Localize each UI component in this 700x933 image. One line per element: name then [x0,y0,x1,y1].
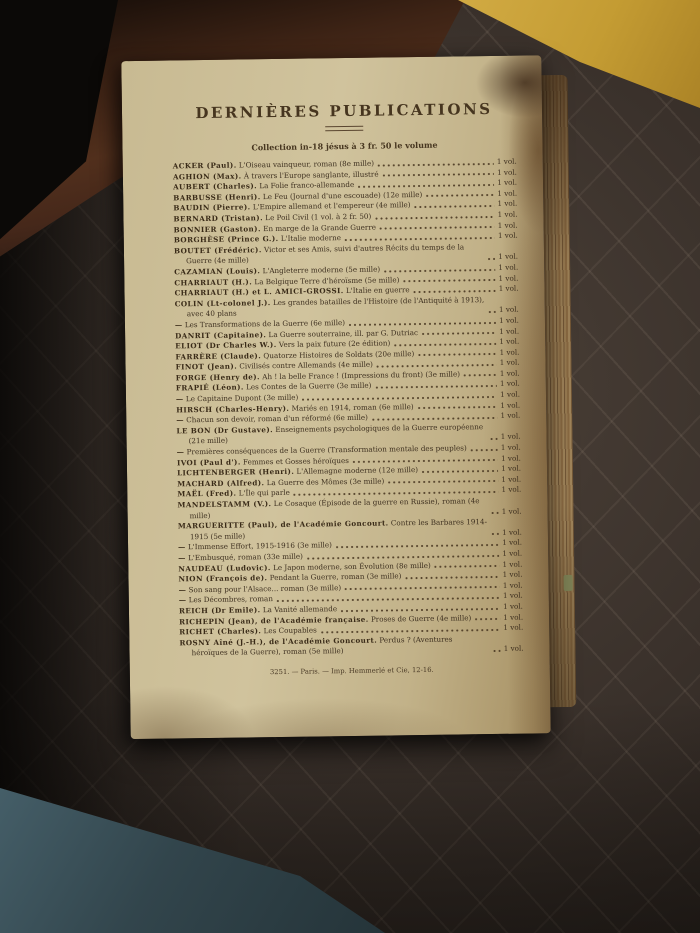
entry-author: BAUDIN (Pierre). [173,203,250,213]
entry-author: FORGE (Henry de). [176,372,260,382]
entry-volume: 1 vol. [501,443,521,454]
entry-title: Les Coupables [264,626,317,636]
entry-title: La Belgique Terre d'héroïsme (5e mille) [254,275,399,286]
entry-text: BOUTET (Frédéric). Victor et ses Amis, s… [174,242,484,268]
entry-volume: 1 vol. [499,337,519,348]
entry-author: ELIOT (Dr Charles W.). [175,340,276,350]
dot-leader [413,289,496,294]
entry-volume: 1 vol. [503,591,523,602]
entry-author: ACKER (Paul). [173,161,237,171]
publications-title: DERNIÈRES PUBLICATIONS [172,100,516,123]
entry-author: BARBUSSE (Henri). [173,192,261,202]
cover-paper: DERNIÈRES PUBLICATIONS Collection in-18 … [121,55,550,739]
dot-leader [488,310,496,314]
entry-author: — [178,553,186,562]
entry-title: Mariés en 1914, roman (6e mille) [292,402,414,413]
green-tab [564,575,573,591]
entry-volume: 1 vol. [500,411,520,422]
entry-author: BERNARD (Tristan). [173,213,263,223]
entry-title: L'Oiseau vainqueur, roman (8e mille) [239,159,374,170]
dot-leader [387,479,498,485]
entry-volume: 1 vol. [501,432,521,443]
entry-author: DANRIT (Capitaine). [175,330,266,340]
dot-leader [421,331,496,336]
imprint-footer: 3251. — Paris. — Imp. Hemmerlé et Cie, 1… [180,664,524,677]
entry-title: La Guerre des Mômes (3e mille) [267,476,385,487]
photo-of-book: DERNIÈRES PUBLICATIONS Collection in-18 … [0,0,700,933]
dot-leader [434,564,500,569]
entry-author: REICH (Dr Emile). [179,605,261,615]
dot-leader [417,405,498,410]
entry-volume: 1 vol. [497,157,517,168]
entry-volume: 1 vol. [499,347,519,358]
entry-author: FARRÈRE (Claude). [175,351,261,361]
entry-volume: 1 vol. [498,252,518,263]
dot-leader [463,373,497,377]
entry-volume: 1 vol. [501,485,521,496]
entry-volume: 1 vol. [502,527,522,538]
entry-title: Vers la paix future (2e édition) [279,339,391,350]
entry-volume: 1 vol. [500,379,520,390]
publication-list: ACKER (Paul). L'Oiseau vainqueur, roman … [173,157,524,660]
entry-title: La Guerre souterraine, ill. par G. Dutri… [268,328,418,339]
collection-subtitle: Collection in-18 jésus à 3 fr. 50 le vol… [172,139,516,154]
dot-leader [371,416,498,422]
entry-author: RICHEPIN (Jean), de l'Académie française… [179,614,369,626]
entry-title: L'Italie moderne [281,233,341,243]
dot-leader [493,649,501,653]
dot-leader [393,342,496,347]
entry-title: Quatorze Histoires de Soldats (20e mille… [263,349,414,360]
entry-author: LICHTENBERGER (Henri). [177,467,294,478]
entry-volume: 1 vol. [500,358,520,369]
entry-title: L'Embusqué, roman (33e mille) [188,552,303,563]
entry-volume: 1 vol. [504,644,524,655]
entry-volume: 1 vol. [498,263,518,274]
dot-leader [417,352,496,357]
entry-title: À travers l'Europe sanglante, illustré [244,169,379,180]
entry-title: La Folie franco-allemande [259,180,354,190]
entry-volume: 1 vol. [498,210,518,221]
cover-text-block: DERNIÈRES PUBLICATIONS Collection in-18 … [172,100,525,719]
entry-title: L'Empire allemand et l'empereur (4e mill… [253,200,411,211]
dot-leader [383,267,495,273]
dot-leader [374,384,497,390]
entry-title: L'Île qui parle [239,488,290,498]
entry-volume: 1 vol. [503,580,523,591]
entry-title: En marge de la Grande Guerre [263,222,376,233]
entry-title: Chacun son devoir, roman d'un réformé (6… [186,413,368,425]
entry-title: Les Transformations de la Guerre (6e mil… [185,318,345,329]
entry-volume: 1 vol. [500,368,520,379]
entry-volume: 1 vol. [500,400,520,411]
entry-author: — [176,416,184,425]
entry-title: Son sang pour l'Alsace... roman (3e mill… [189,583,342,594]
entry-text: COLIN (Lt-colonel J.). Les grandes batai… [175,295,485,321]
entry-title: Ah ! la belle France ! (Impressions du f… [262,369,460,381]
dot-leader [344,236,495,242]
entry-author: AUBERT (Charles). [173,181,257,191]
entry-author: IVOI (Paul d'). [177,457,241,467]
entry-title: Le Japon moderne, son Évolution (8e mill… [273,560,431,571]
entry-title: Femmes et Gosses héroïques [243,456,349,466]
dot-leader [374,215,494,221]
entry-title: Le Poil Civil (1 vol. à 2 fr. 50) [265,212,371,222]
entry-title: L'Italie en guerre [346,285,410,295]
dot-leader [491,532,499,536]
entry-author: MACHARD (Alfred). [177,478,264,488]
entry-volume: 1 vol. [503,623,523,634]
dot-leader [421,469,498,474]
entry-author: MANDELSTAMM (V.). [177,499,271,509]
entry-text: ROSNY Aîné (J.-H.), de l'Académie Goncou… [179,634,489,660]
entry-author: CHARRIAUT (H.) et L. AMICI-GROSSI. [174,286,343,297]
entry-volume: 1 vol. [497,199,517,210]
entry-title: Le Feu (Journal d'une escouade) (12e mil… [263,190,423,201]
entry-title: Pendant la Guerre, roman (3e mille) [270,571,402,582]
dot-leader [376,363,497,369]
dot-leader [404,575,499,580]
entry-author: FRAPIÉ (Léon). [176,383,244,393]
entry-author: LE BON (Dr Gustave). [176,425,273,435]
entry-title: L'Angleterre moderne (5e mille) [263,264,381,275]
entry-title: Le Capitaine Dupont (3e mille) [186,393,299,404]
entry-author: NION (François de). [178,573,267,583]
dot-leader [474,617,500,621]
entry-author: BONNIER (Gaston). [174,224,261,234]
entry-volume: 1 vol. [497,178,517,189]
entry-author: — [179,596,187,605]
entry-volume: 1 vol. [499,316,519,327]
entry-title: L'Allemagne moderne (12e mille) [296,465,418,476]
entry-author: AGHION (Max). [173,171,242,181]
entry-volume: 1 vol. [499,326,519,337]
entry-author: ROSNY Aîné (J.-H.), de l'Académie Goncou… [179,635,377,647]
entry-author: CAZAMIAN (Louis). [174,266,260,276]
entry-author: MARGUERITTE (Paul), de l'Académie Goncou… [178,519,389,531]
title-divider [325,126,363,132]
entry-volume: 1 vol. [498,220,518,231]
entry-author: — [176,394,184,403]
entry-volume: 1 vol. [502,506,522,517]
entry-title: Civilisés contre Allemands (4e mille) [239,360,373,371]
entry-volume: 1 vol. [498,231,518,242]
entry-text: MARGUERITTE (Paul), de l'Académie Goncou… [178,517,488,543]
dot-leader [377,162,494,168]
entry-volume: 1 vol. [502,538,522,549]
entry-volume: 1 vol. [501,453,521,464]
entry-volume: 1 vol. [502,559,522,570]
dot-leader [490,437,498,441]
dot-leader [357,183,494,189]
entry-volume: 1 vol. [497,167,517,178]
entry-author: FINOT (Jean). [176,362,238,372]
entry-author: — [178,543,186,552]
entry-volume: 1 vol. [503,602,523,613]
publication-entry: ROSNY Aîné (J.-H.), de l'Académie Goncou… [179,633,523,659]
dot-leader [487,257,495,261]
dot-leader [352,458,498,464]
dot-leader [379,225,495,231]
entry-author: — [175,320,183,329]
entry-author: BORGHÈSE (Prince G.). [174,234,279,244]
dot-leader [402,278,495,283]
entry-author: MAËL (Fred). [177,489,236,499]
dot-leader [414,204,495,209]
entry-author: RICHET (Charles). [179,626,261,636]
dot-leader [348,320,496,326]
entry-title: L'Immense Effort, 1915-1916 (3e mille) [188,541,332,552]
entry-title: Les Décombres, roman [189,594,273,604]
dot-leader [382,172,495,178]
entry-volume: 1 vol. [503,612,523,623]
entry-volume: 1 vol. [501,474,521,485]
dot-leader [470,448,498,452]
entry-volume: 1 vol. [499,284,519,295]
entry-title: Les Contes de la Guerre (3e mille) [246,381,371,392]
entry-author: — [179,585,187,594]
entry-volume: 1 vol. [503,570,523,581]
dot-leader [491,511,499,515]
entry-volume: 1 vol. [499,305,519,316]
entry-volume: 1 vol. [501,464,521,475]
entry-volume: 1 vol. [497,188,517,199]
dot-leader [340,606,500,612]
entry-title: Proses de Guerre (4e mille) [371,613,471,623]
dot-leader [344,585,500,591]
entry-author: — [177,447,185,456]
entry-author: HIRSCH (Charles-Henry). [176,403,289,414]
entry-title: La Vanité allemande [263,604,337,614]
entry-volume: 1 vol. [498,273,518,284]
book-back-cover: DERNIÈRES PUBLICATIONS Collection in-18 … [121,55,576,739]
entry-author: CHARRIAUT (H.). [174,277,252,287]
entry-volume: 1 vol. [500,390,520,401]
entry-author: NAUDEAU (Ludovic). [178,563,270,573]
entry-author: BOUTET (Frédéric). [174,245,262,255]
dot-leader [425,193,494,198]
entry-volume: 1 vol. [502,549,522,560]
entry-author: COLIN (Lt-colonel J.). [175,298,271,308]
